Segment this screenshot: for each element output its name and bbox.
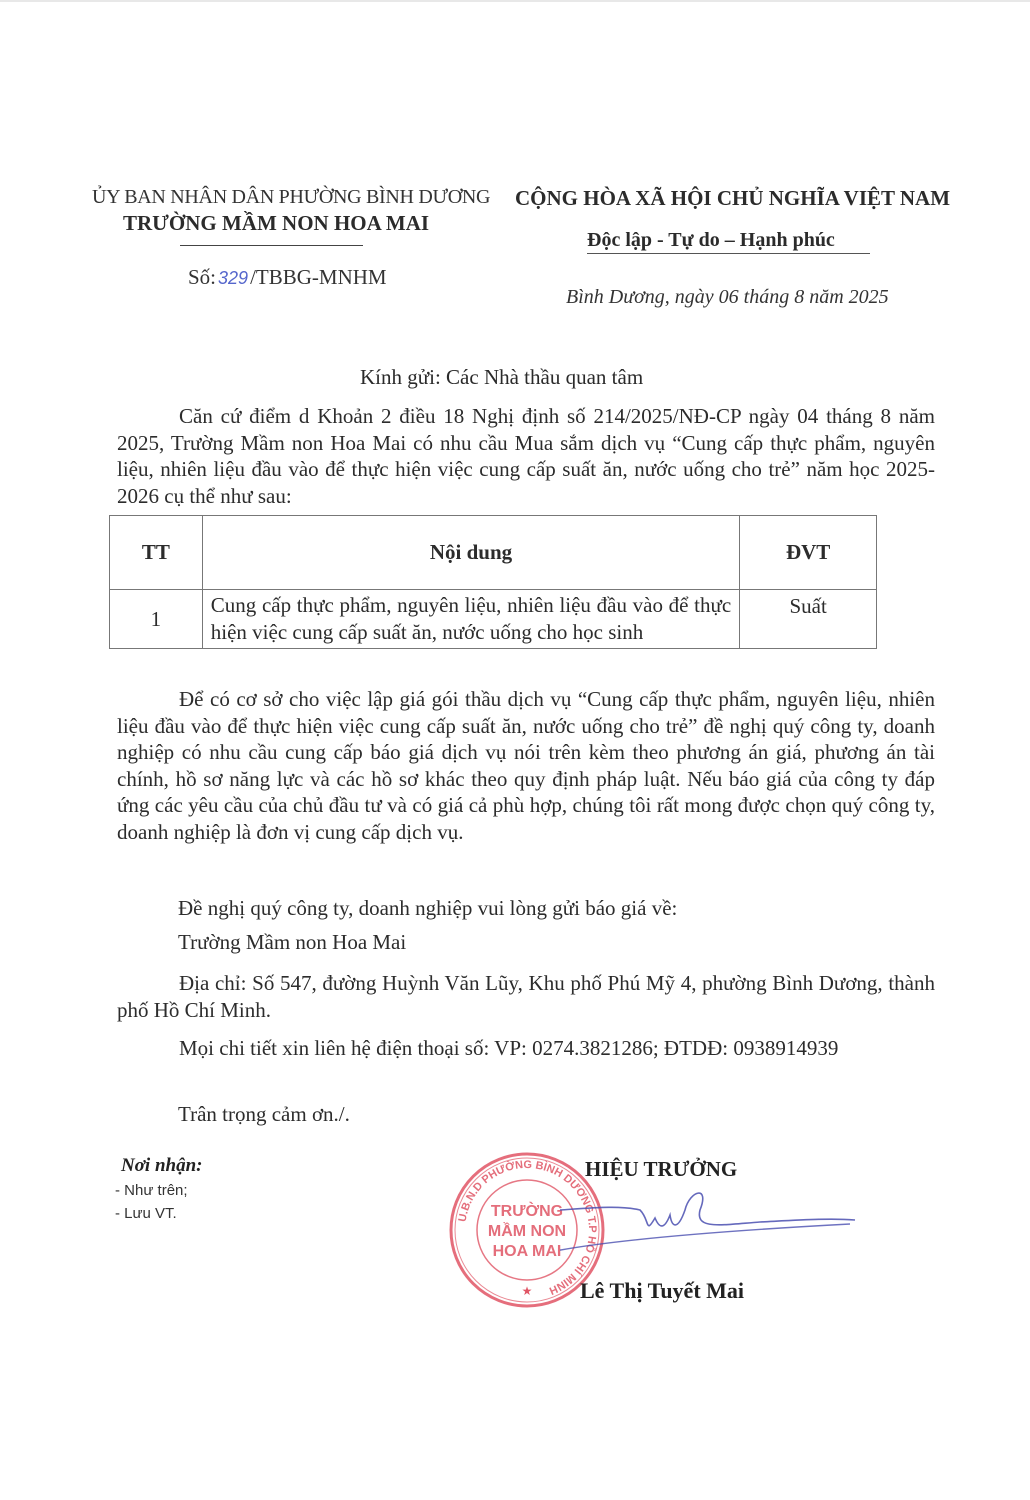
recipients-title: Nơi nhận: bbox=[121, 1155, 202, 1177]
document-number: Số:329/TBBG-MNHM bbox=[188, 265, 387, 290]
closing-line: Trân trọng cảm ơn./. bbox=[178, 1102, 350, 1127]
cell-content: Cung cấp thực phẩm, nguyên liệu, nhiên l… bbox=[202, 590, 739, 649]
col-header-tt: TT bbox=[110, 516, 203, 590]
request-line: Đề nghị quý công ty, doanh nghiệp vui lò… bbox=[178, 896, 677, 921]
col-header-content: Nội dung bbox=[202, 516, 739, 590]
recipient-item: - Lưu VT. bbox=[115, 1205, 177, 1222]
cell-unit: Suất bbox=[740, 590, 877, 649]
doc-number-suffix: /TBBG-MNHM bbox=[250, 265, 387, 289]
national-motto: Độc lập - Tự do – Hạnh phúc bbox=[587, 229, 835, 252]
svg-text:HOA MAI: HOA MAI bbox=[493, 1243, 562, 1260]
svg-text:MẦM NON: MẦM NON bbox=[488, 1221, 566, 1240]
contact-text: Mọi chi tiết xin liên hệ điện thoại số: … bbox=[179, 1036, 838, 1060]
items-table: TT Nội dung ĐVT 1 Cung cấp thực phẩm, ng… bbox=[109, 515, 877, 649]
table-header-row: TT Nội dung ĐVT bbox=[110, 516, 877, 590]
place-date: Bình Dương, ngày 06 tháng 8 năm 2025 bbox=[566, 286, 889, 309]
motto-underline bbox=[587, 253, 870, 254]
contact-info: Mọi chi tiết xin liên hệ điện thoại số: … bbox=[117, 1035, 935, 1062]
signer-name: Lê Thị Tuyết Mai bbox=[580, 1278, 744, 1304]
page-top-edge bbox=[0, 0, 1030, 2]
paragraph-request-text: Để có cơ sở cho việc lập giá gói thầu dị… bbox=[117, 687, 935, 844]
signer-title: HIỆU TRƯỞNG bbox=[585, 1157, 737, 1182]
paragraph-request: Để có cơ sở cho việc lập giá gói thầu dị… bbox=[117, 686, 935, 845]
address-text: Địa chỉ: Số 547, đường Huỳnh Văn Lũy, Kh… bbox=[117, 971, 935, 1022]
cell-tt: 1 bbox=[110, 590, 203, 649]
recipient-item: - Như trên; bbox=[115, 1182, 188, 1199]
address: Địa chỉ: Số 547, đường Huỳnh Văn Lũy, Kh… bbox=[117, 970, 935, 1023]
header-left-divider bbox=[180, 245, 363, 246]
col-header-unit: ĐVT bbox=[740, 516, 877, 590]
signature-icon bbox=[560, 1180, 860, 1260]
paragraph-basis-text: Căn cứ điểm d Khoản 2 điều 18 Nghị định … bbox=[117, 404, 935, 508]
issuing-authority: ỦY BAN NHÂN DÂN PHƯỜNG BÌNH DƯƠNG bbox=[92, 186, 490, 209]
national-title: CỘNG HÒA XÃ HỘI CHỦ NGHĨA VIỆT NAM bbox=[515, 186, 950, 211]
paragraph-basis: Căn cứ điểm d Khoản 2 điều 18 Nghị định … bbox=[117, 403, 935, 509]
doc-number-prefix: Số: bbox=[188, 265, 216, 289]
issuing-organization: TRƯỜNG MẦM NON HOA MAI bbox=[123, 211, 429, 236]
recipient-line: Kính gửi: Các Nhà thầu quan tâm bbox=[360, 365, 643, 390]
doc-number-handwritten: 329 bbox=[218, 268, 248, 288]
svg-text:TRƯỜNG: TRƯỜNG bbox=[491, 1201, 563, 1220]
table-row: 1 Cung cấp thực phẩm, nguyên liệu, nhiên… bbox=[110, 590, 877, 649]
svg-text:★: ★ bbox=[522, 1284, 533, 1298]
school-name: Trường Mầm non Hoa Mai bbox=[178, 930, 406, 955]
